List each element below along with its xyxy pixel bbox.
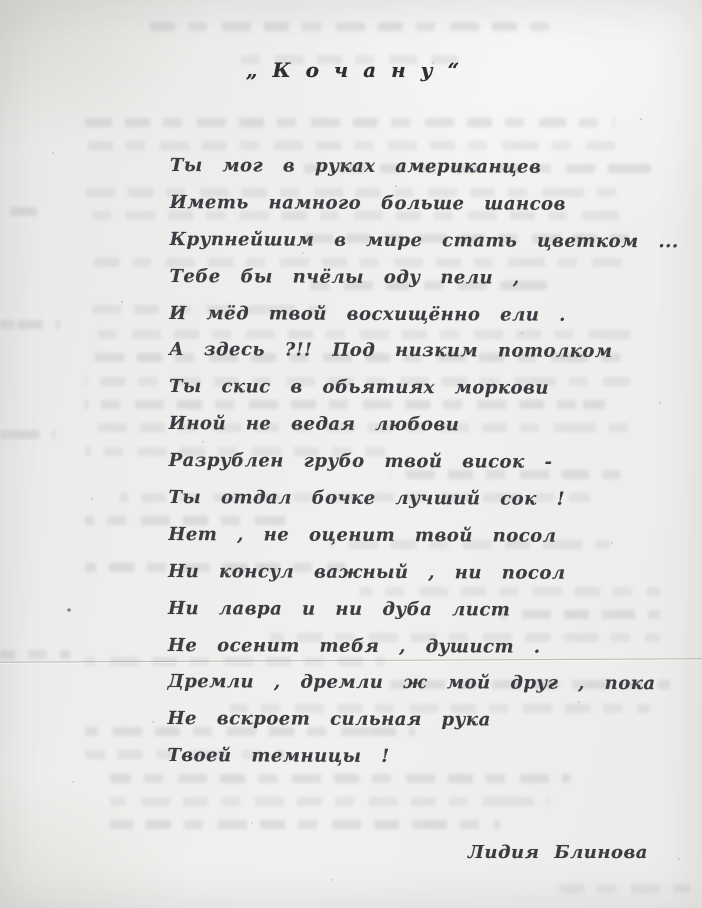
bleedthrough-line	[0, 207, 40, 216]
poem-line: Дремли , дремли ж мой друг , пока	[168, 672, 677, 711]
bleedthrough-line	[85, 141, 625, 150]
poem-line: Ты отдал бочке лучший сок !	[168, 488, 677, 527]
poem-line: Не вскроет сильная рука	[167, 709, 676, 748]
author-signature: Лидия Блинова	[468, 842, 648, 863]
poem-line: Ни консул важный , ни посол	[168, 562, 677, 601]
poem-line: Ты скис в обьятиях моркови	[169, 377, 678, 416]
bleedthrough-line	[0, 320, 60, 329]
poem-line: Твоей темницы !	[167, 746, 676, 785]
poem-title: „ К о ч а н у “	[246, 58, 463, 82]
poem-line: Иметь намного больше шансов	[170, 193, 679, 232]
bleedthrough-line	[85, 118, 615, 127]
poem-line: Ни лавра и ни дуба лист	[168, 599, 677, 638]
bleedthrough-line	[560, 884, 690, 893]
bleedthrough-line	[0, 650, 70, 659]
scanned-page: „ К о ч а н у “ Ты мог в руках американц…	[0, 0, 702, 908]
poem-line: И мёд твой восхищённо ели .	[169, 304, 678, 343]
poem-line: Тебе бы пчёлы оду пели ,	[169, 267, 678, 306]
bleedthrough-line	[150, 22, 550, 31]
poem-line: Разрублен грубо твой висок -	[169, 451, 678, 490]
poem-line: Крупнейшим в мире стать цветком ...	[170, 230, 679, 269]
poem-line: Не осенит тебя , душист .	[168, 636, 677, 675]
poem-line: А здесь ?!! Под низким потолком	[169, 340, 678, 379]
poem-line: Ты мог в руках американцев	[170, 156, 679, 195]
poem-line: Нет , не оценит твой посол	[168, 525, 677, 564]
bleedthrough-line	[110, 820, 500, 829]
bleedthrough-line	[0, 430, 55, 439]
bleedthrough-line	[110, 797, 550, 806]
paper-speckles	[0, 0, 2, 2]
poem-line: Иной не ведая любови	[169, 414, 678, 453]
poem-body: Ты мог в руках американцев Иметь намного…	[167, 156, 679, 785]
